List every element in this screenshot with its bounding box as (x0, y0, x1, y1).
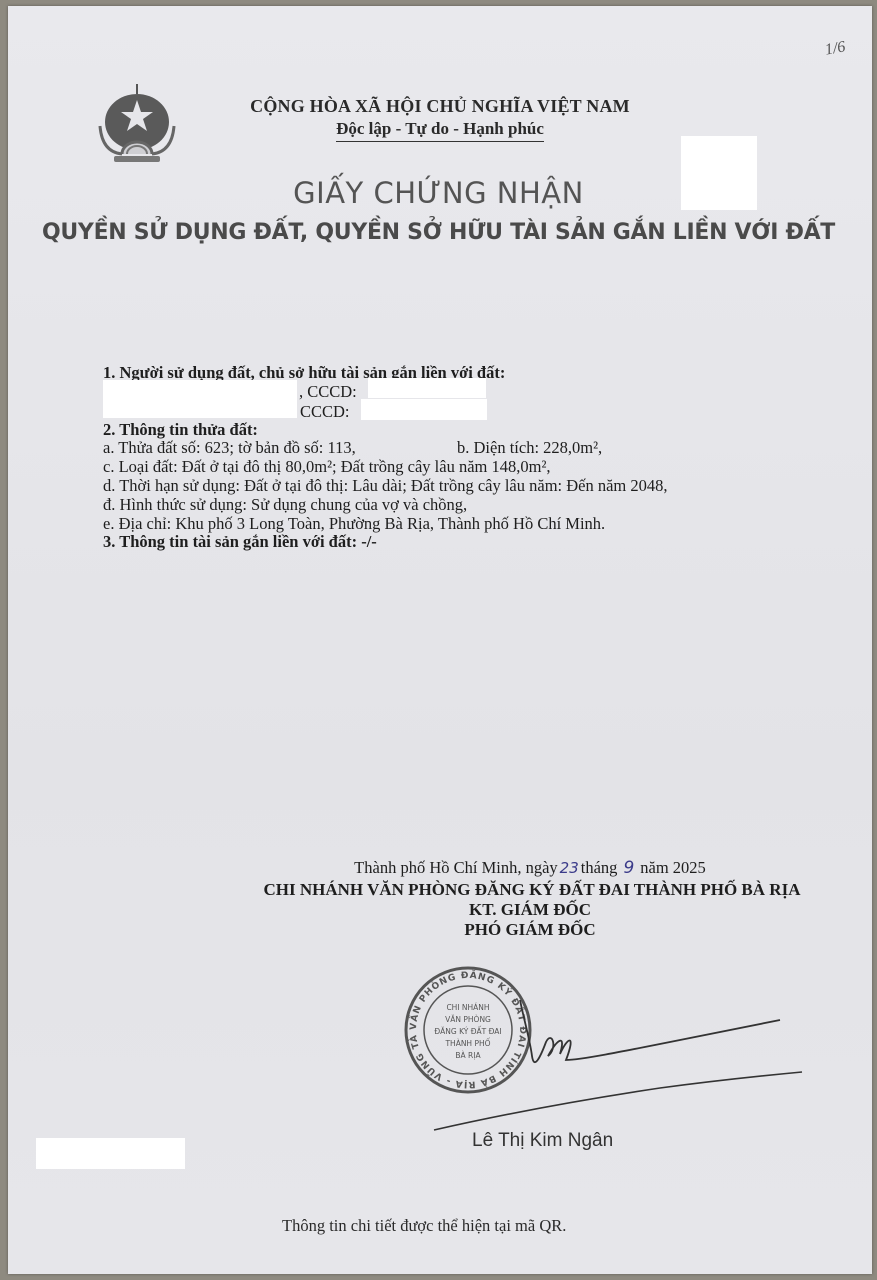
national-emblem-icon (92, 82, 182, 172)
area-info: b. Diện tích: 228,0m², (457, 439, 602, 456)
redacted-owner2-id (361, 399, 487, 420)
redacted-owner-names (103, 380, 297, 418)
qr-note: Thông tin chi tiết được thể hiện tại mã … (282, 1216, 566, 1236)
issuing-office: CHI NHÁNH VĂN PHÒNG ĐĂNG KÝ ĐẤT ĐAI THÀN… (222, 880, 842, 900)
page-number-mark: 1/6 (824, 38, 847, 59)
usage-term-info: d. Thời hạn sử dụng: Đất ở tại đô thị: L… (103, 477, 668, 494)
position-line: PHÓ GIÁM ĐỐC (330, 920, 730, 940)
authority-line: KT. GIÁM ĐỐC (330, 900, 730, 920)
redacted-serial (36, 1138, 185, 1169)
owner1-id-label: , CCCD: (299, 383, 357, 400)
year-label: năm 2025 (640, 858, 706, 877)
usage-form-info: đ. Hình thức sử dụng: Sử dụng chung của … (103, 496, 467, 513)
country-name: CỘNG HÒA XÃ HỘI CHỦ NGHĨA VIỆT NAM (220, 96, 660, 117)
section2-heading: 2. Thông tin thửa đất: (103, 421, 258, 438)
section3-heading: 3. Thông tin tài sản gắn liền với đất: -… (103, 533, 377, 550)
land-type-info: c. Loại đất: Đất ở tại đô thị 80,0m²; Đấ… (103, 458, 551, 475)
handwritten-day: 23 (558, 859, 581, 877)
certificate-subtitle: QUYỀN SỬ DỤNG ĐẤT, QUYỀN SỞ HỮU TÀI SẢN … (0, 220, 877, 245)
place-date-line: Thành phố Hồ Chí Minh, ngày23tháng9năm 2… (230, 858, 830, 878)
month-label: tháng (581, 858, 618, 877)
owner2-id-label: CCCD: (300, 403, 350, 420)
signer-name: Lê Thị Kim Ngân (472, 1130, 613, 1152)
place-date-prefix: Thành phố Hồ Chí Minh, ngày (354, 858, 558, 877)
handwritten-month: 9 (617, 858, 640, 878)
national-motto: Độc lập - Tự do - Hạnh phúc (336, 119, 544, 142)
certificate-title: GIẤY CHỨNG NHẬN (0, 176, 877, 210)
national-header: CỘNG HÒA XÃ HỘI CHỦ NGHĨA VIỆT NAM Độc l… (220, 96, 660, 142)
parcel-info: a. Thửa đất số: 623; tờ bản đồ số: 113, (103, 439, 356, 456)
address-info: e. Địa chỉ: Khu phố 3 Long Toàn, Phường … (103, 515, 605, 532)
handwritten-signature-icon (420, 1000, 820, 1140)
redacted-owner1-id (368, 378, 486, 398)
